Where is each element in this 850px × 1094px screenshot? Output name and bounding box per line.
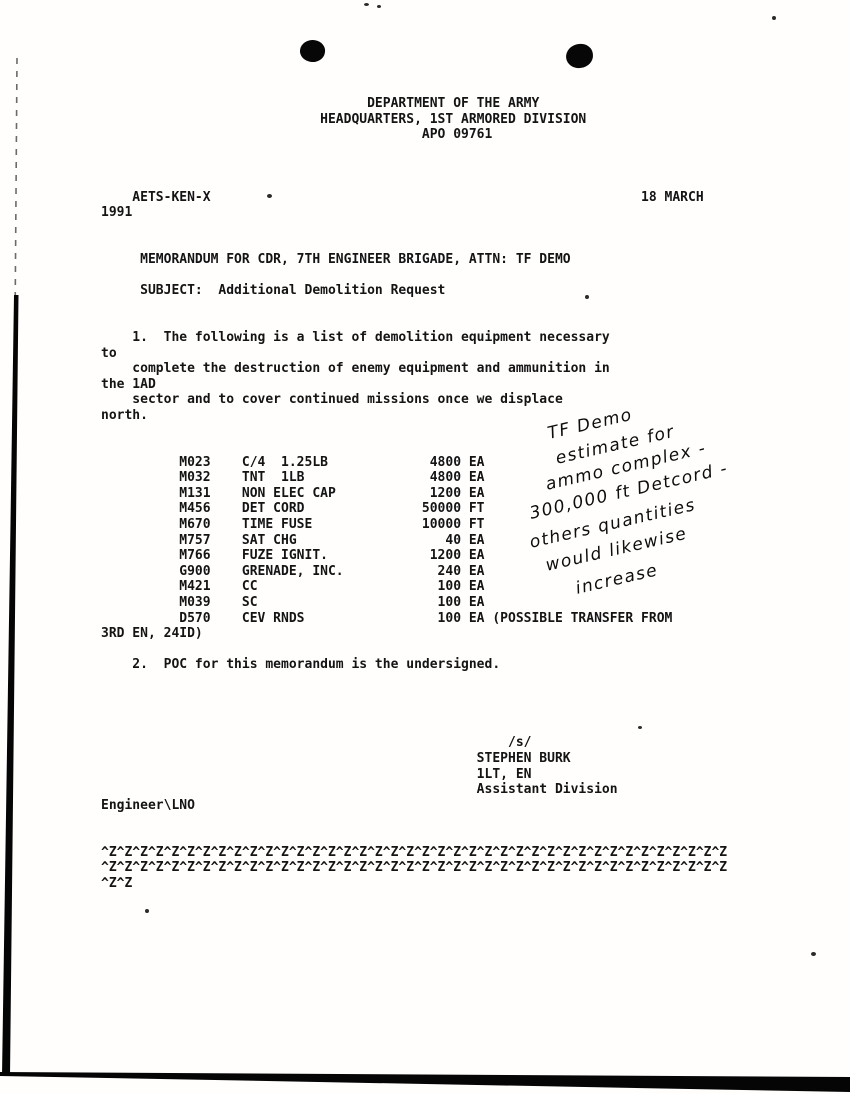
left-edge-dashed-line — [15, 58, 17, 330]
paper-background: DEPARTMENT OF THE ARMY HEADQUARTERS, 1ST… — [0, 0, 850, 1094]
bottom-edge-bar — [0, 1072, 850, 1092]
left-edge-line — [2, 295, 19, 1076]
scanned-memo-page: { "page": { "background": "#ffffff", "in… — [0, 0, 850, 1094]
scan-edge-artifacts — [0, 0, 850, 1094]
